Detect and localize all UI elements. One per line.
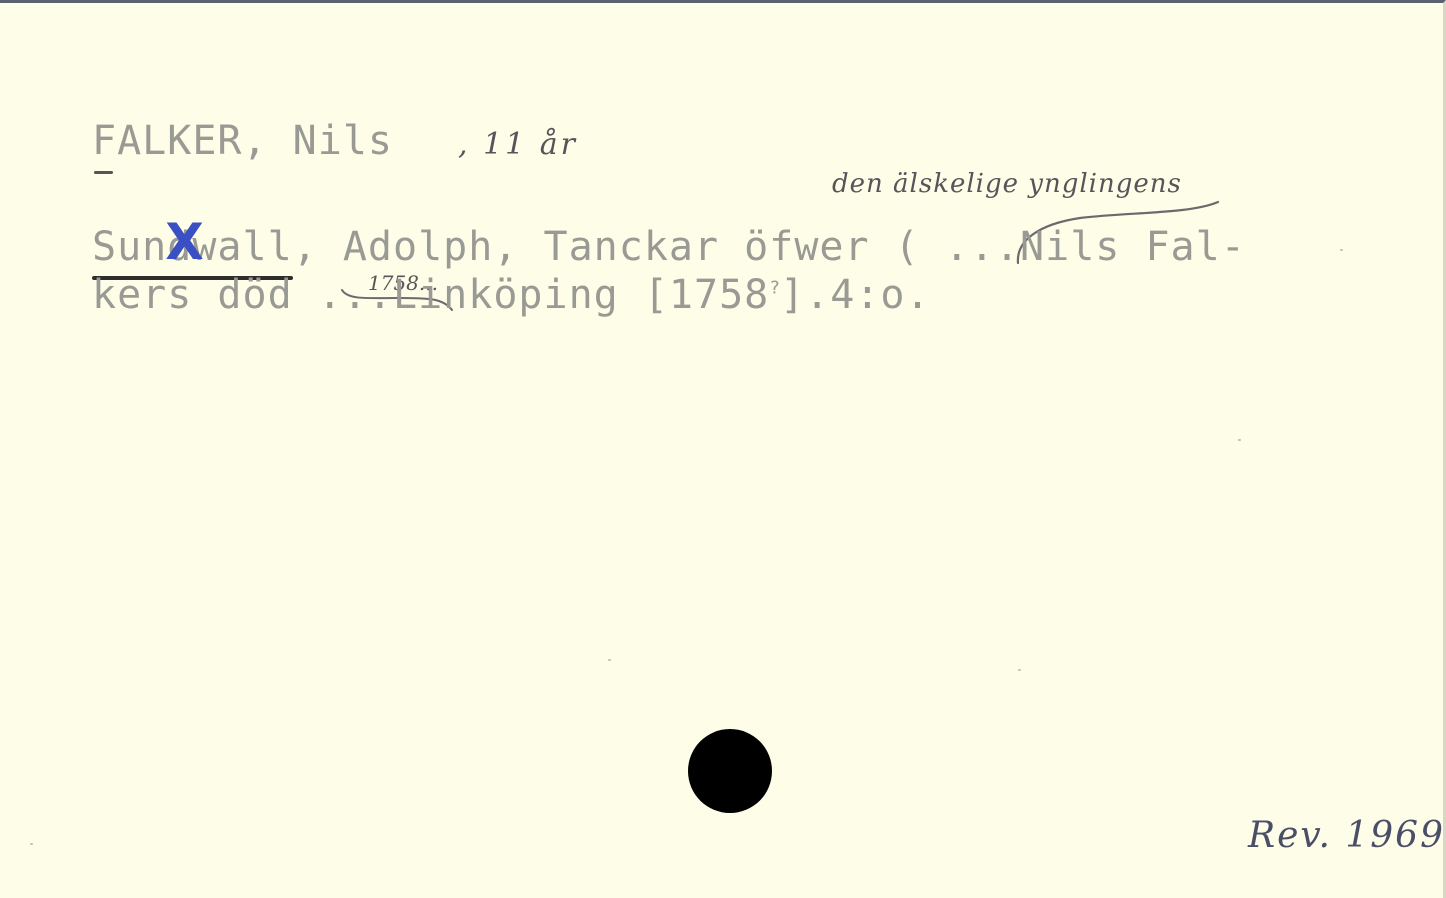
paper-speck <box>608 659 611 661</box>
paper-speck <box>30 843 33 845</box>
revision-note: Rev. 1969 <box>1248 815 1445 856</box>
entry-format: ].4:o. <box>780 272 931 318</box>
entry-line-1: SundXwall, Adolph, Tanckar öfwer ( ...Ni… <box>92 227 1246 267</box>
surname-part-1: Sun <box>92 224 167 270</box>
surname-part-2: wall <box>192 224 292 270</box>
entry-place-year: Linköping [1758 <box>393 272 769 318</box>
entry-line-2-prefix: kers död <box>92 272 318 318</box>
year-query-mark: ? <box>769 278 780 299</box>
correction-x-mark: X <box>165 217 205 267</box>
struck-letter: dX <box>167 227 192 267</box>
punch-hole <box>688 729 772 813</box>
author-surname: SundXwall <box>92 224 293 270</box>
entry-line-2: kers död ...Linköping [1758?].4:o. <box>92 275 931 315</box>
heading-first-letter: F <box>92 118 117 164</box>
catalog-card: FALKER, Nils , 11 år den älskelige yngli… <box>0 0 1446 898</box>
paper-speck <box>1238 439 1241 441</box>
paper-speck <box>1018 669 1021 671</box>
card-heading: FALKER, Nils <box>92 121 393 161</box>
heading-name: ALKER, Nils <box>117 118 393 164</box>
handwritten-age-note: , 11 år <box>458 127 578 162</box>
entry-ellipsis: ... <box>318 272 393 318</box>
paper-speck <box>1340 249 1343 251</box>
entry-title-line-1: , Adolph, Tanckar öfwer ( ...Nils Fal- <box>293 224 1246 270</box>
